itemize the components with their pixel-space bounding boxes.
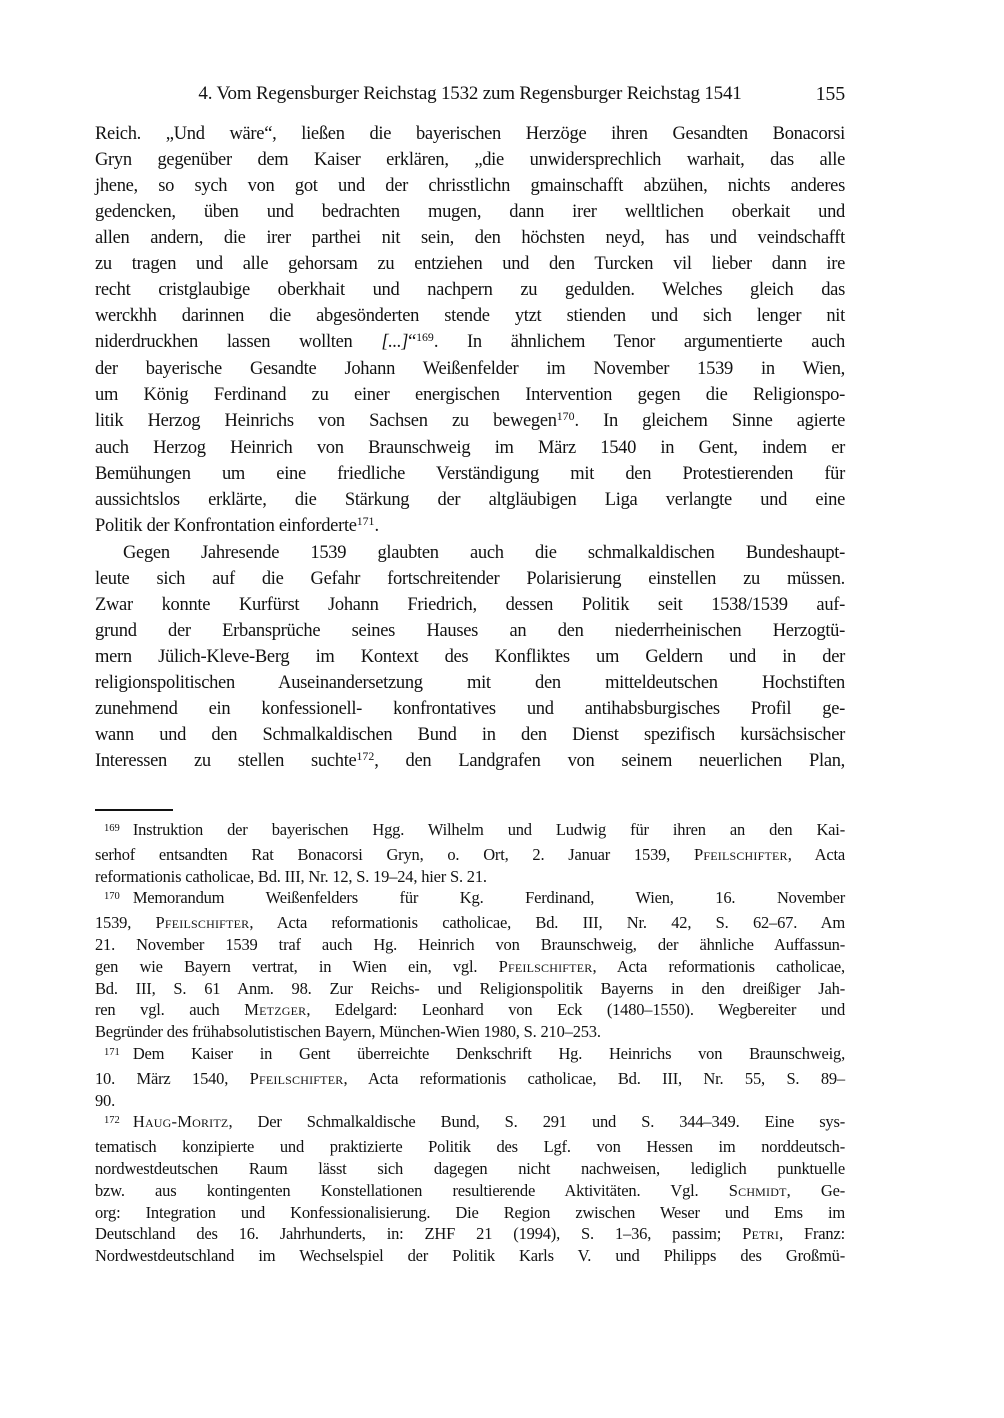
footnote-ref: 171 [357, 514, 375, 528]
footnote-line: serhof entsandten Rat Bonacorsi Gryn, o.… [95, 844, 845, 866]
text-segment: grund der Erbansprüche seines Hauses an … [95, 621, 845, 641]
footnote-line: 21. November 1539 traf auch Hg. Heinrich… [95, 934, 845, 956]
text-segment: , den Landgrafen von seinem neuerlichen … [374, 751, 845, 771]
body-line: um König Ferdinand zu einer energischen … [95, 382, 845, 408]
body-line: Reich. „Und wäre“, ließen die bayerische… [95, 121, 845, 147]
body-line: grund der Erbansprüche seines Hauses an … [95, 618, 845, 644]
text-segment: , Der Schmalkaldische Bund, S. 291 und S… [228, 1112, 845, 1131]
text-segment: Bemühungen um eine friedliche Verständig… [95, 464, 845, 484]
body-line: zu tragen und alle gehorsam zu entziehen… [95, 251, 845, 277]
author-name: Haug-Moritz [133, 1112, 229, 1131]
body-line: zunehmend ein konfessionell- konfrontati… [95, 696, 845, 722]
text-segment: Deutschland des 16. Jahrhunderts, in: ZH… [95, 1224, 742, 1243]
text-segment: nordwestdeutschen Raum lässt sich dagege… [95, 1159, 845, 1178]
footnote-number: 170 [104, 891, 120, 902]
text-segment: , Franz: [779, 1224, 845, 1243]
footnote-ref: 170 [557, 409, 575, 423]
book-page: 4. Vom Regensburger Reichstag 1532 zum R… [0, 0, 1004, 1418]
running-header: 4. Vom Regensburger Reichstag 1532 zum R… [95, 83, 845, 105]
text-segment: allen andern, die irer parthei nit sein,… [95, 228, 845, 248]
footnote-line: 169Instruktion der bayerischen Hgg. Wilh… [95, 819, 845, 844]
footnote-number: 171 [104, 1047, 120, 1058]
footnote-separator [95, 809, 173, 811]
chapter-heading: 4. Vom Regensburger Reichstag 1532 zum R… [95, 83, 845, 105]
text-segment: , Ge- [787, 1181, 845, 1200]
footnote-line: 10. März 1540, Pfeilschifter, Acta refor… [95, 1068, 845, 1090]
body-line: mern Jülich-Kleve-Berg im Kontext des Ko… [95, 644, 845, 670]
author-name: Pfeilschifter [694, 845, 788, 864]
author-name: Pfeilschifter [499, 957, 593, 976]
footnote-171: 171Dem Kaiser in Gent überreichte Denksc… [95, 1043, 845, 1111]
page-number: 155 [816, 83, 845, 105]
text-segment: “ [408, 332, 416, 352]
paragraph-1: Reich. „Und wäre“, ließen die bayerische… [95, 121, 845, 540]
footnote-line: gen wie Bayern vertrat, in Wien ein, vgl… [95, 956, 845, 978]
footnote-ref: 169 [416, 330, 434, 344]
text-segment: Nordwestdeutschland im Wechselspiel der … [95, 1246, 845, 1265]
footnote-line: 172Haug-Moritz, Der Schmalkaldische Bund… [95, 1111, 845, 1136]
text-segment: der bayerische Gesandte Johann Weißenfel… [95, 359, 845, 379]
text-segment: Begründer des frühabsolutistischen Bayer… [95, 1022, 601, 1041]
body-line: Interessen zu stellen suchte172, den Lan… [95, 748, 845, 775]
text-segment: wann und den Schmalkaldischen Bund in de… [95, 725, 845, 745]
footnote-line: 1539, Pfeilschifter, Acta reformationis … [95, 912, 845, 934]
text-segment: recht cristglaubige oberkhait und nachpe… [95, 280, 845, 300]
footnote-number: 169 [104, 823, 120, 834]
text-segment: zu tragen und alle gehorsam zu entziehen… [95, 254, 845, 274]
text-segment: niderdruckhen lassen wollten [95, 332, 381, 352]
text-segment: aussichtslos erklärte, die Stärkung der … [95, 490, 845, 510]
text-segment: 90. [95, 1091, 115, 1110]
footnote-number: 172 [104, 1115, 120, 1126]
footnote-line: Begründer des frühabsolutistischen Bayer… [95, 1021, 845, 1043]
text-segment: Gegen Jahresende 1539 glaubten auch die … [123, 543, 845, 563]
text-segment: Zwar konnte Kurfürst Johann Friedrich, d… [95, 595, 845, 615]
text-segment: , Acta reformationis catholicae, [592, 957, 845, 976]
paragraph-2: Gegen Jahresende 1539 glaubten auch die … [95, 540, 845, 775]
text-segment: , Acta [788, 845, 845, 864]
text-segment: , Acta reformationis catholicae, Bd. III… [343, 1069, 845, 1088]
body-line: gedencken, üben und bedrachten mugen, da… [95, 199, 845, 225]
footnote-170: 170Memorandum Weißenfelders für Kg. Ferd… [95, 887, 845, 1043]
footnote-line: 171Dem Kaiser in Gent überreichte Denksc… [95, 1043, 845, 1068]
text-segment: bzw. aus kontingenten Konstellationen re… [95, 1181, 729, 1200]
text-segment: 21. November 1539 traf auch Hg. Heinrich… [95, 935, 845, 954]
text-segment: . [374, 516, 378, 536]
text-segment: zunehmend ein konfessionell- konfrontati… [95, 699, 845, 719]
text-segment: 10. März 1540, [95, 1069, 250, 1088]
text-segment: , Acta reformationis catholicae, Bd. III… [249, 913, 845, 932]
body-line: Gryn gegenüber dem Kaiser erklären, „die… [95, 147, 845, 173]
footnote-line: Deutschland des 16. Jahrhunderts, in: ZH… [95, 1223, 845, 1245]
text-segment: org: Integration und Konfessionalisierun… [95, 1203, 845, 1222]
text-segment: Dem Kaiser in Gent überreichte Denkschri… [133, 1044, 845, 1063]
body-line: niderdruckhen lassen wollten [...]“169. … [95, 329, 845, 356]
footnote-line: org: Integration und Konfessionalisierun… [95, 1202, 845, 1224]
body-line: Gegen Jahresende 1539 glaubten auch die … [95, 540, 845, 566]
text-segment: Instruktion der bayerischen Hgg. Wilhelm… [133, 820, 845, 839]
body-line: aussichtslos erklärte, die Stärkung der … [95, 487, 845, 513]
body-line: Bemühungen um eine friedliche Verständig… [95, 461, 845, 487]
text-segment: religionspolitischen Auseinandersetzung … [95, 673, 845, 693]
body-line: Zwar konnte Kurfürst Johann Friedrich, d… [95, 592, 845, 618]
footnote-169: 169Instruktion der bayerischen Hgg. Wilh… [95, 819, 845, 887]
footnote-line: Bd. III, S. 61 Anm. 98. Zur Reichs- und … [95, 978, 845, 1000]
footnote-line: tematisch konzipierte und praktizierte P… [95, 1136, 845, 1158]
text-segment: . In gleichem Sinne agierte [574, 411, 845, 431]
text-segment: Memorandum Weißenfelders für Kg. Ferdina… [133, 888, 845, 907]
text-segment: gen wie Bayern vertrat, in Wien ein, vgl… [95, 957, 499, 976]
text-segment: jhene, so sych von got und der chrisstli… [95, 176, 845, 196]
text-segment: serhof entsandten Rat Bonacorsi Gryn, o.… [95, 845, 694, 864]
footnote-line: Nordwestdeutschland im Wechselspiel der … [95, 1245, 845, 1267]
footnote-line: 170Memorandum Weißenfelders für Kg. Ferd… [95, 887, 845, 912]
text-segment: Bd. III, S. 61 Anm. 98. Zur Reichs- und … [95, 979, 845, 998]
author-name: Schmidt [729, 1181, 787, 1200]
text-segment: um König Ferdinand zu einer energischen … [95, 385, 845, 405]
text-segment: . In ähnlichem Tenor argumentierte auch [434, 332, 845, 352]
text-segment: werckhh darinnen die abgesönderten stend… [95, 306, 845, 326]
text-segment: mern Jülich-Kleve-Berg im Kontext des Ko… [95, 647, 845, 667]
text-segment: reformationis catholicae, Bd. III, Nr. 1… [95, 867, 487, 886]
author-name: Pfeilschifter [250, 1069, 344, 1088]
footnotes: 169Instruktion der bayerischen Hgg. Wilh… [95, 819, 845, 1267]
body-line: leute sich auf die Gefahr fortschreitend… [95, 566, 845, 592]
footnote-line: nordwestdeutschen Raum lässt sich dagege… [95, 1158, 845, 1180]
footnote-172: 172Haug-Moritz, Der Schmalkaldische Bund… [95, 1111, 845, 1267]
author-name: Pfeilschifter [156, 913, 250, 932]
body-line: wann und den Schmalkaldischen Bund in de… [95, 722, 845, 748]
text-segment: Gryn gegenüber dem Kaiser erklären, „die… [95, 150, 845, 170]
body-line: litik Herzog Heinrichs von Sachsen zu be… [95, 408, 845, 435]
footnote-ref: 172 [356, 749, 374, 763]
body-line: werckhh darinnen die abgesönderten stend… [95, 303, 845, 329]
text-segment: , Edelgard: Leonhard von Eck (1480–1550)… [306, 1000, 845, 1019]
body-line: jhene, so sych von got und der chrisstli… [95, 173, 845, 199]
text-segment: Reich. „Und wäre“, ließen die bayerische… [95, 124, 845, 144]
text-segment: gedencken, üben und bedrachten mugen, da… [95, 202, 845, 222]
footnote-line: 90. [95, 1090, 845, 1112]
italic-text: [...] [381, 332, 408, 352]
text-segment: Politik der Konfrontation einforderte [95, 516, 357, 536]
text-segment: leute sich auf die Gefahr fortschreitend… [95, 569, 845, 589]
body-line: allen andern, die irer parthei nit sein,… [95, 225, 845, 251]
author-name: Petri [742, 1224, 779, 1243]
body-text: Reich. „Und wäre“, ließen die bayerische… [95, 121, 845, 775]
body-line: Politik der Konfrontation einforderte171… [95, 513, 845, 540]
text-segment: Interessen zu stellen suchte [95, 751, 356, 771]
author-name: Metzger [244, 1000, 306, 1019]
body-line: recht cristglaubige oberkhait und nachpe… [95, 277, 845, 303]
footnote-line: reformationis catholicae, Bd. III, Nr. 1… [95, 866, 845, 888]
text-segment: tematisch konzipierte und praktizierte P… [95, 1137, 845, 1156]
body-line: auch Herzog Heinrich von Braunschweig im… [95, 435, 845, 461]
footnote-line: ren vgl. auch Metzger, Edelgard: Leonhar… [95, 999, 845, 1021]
body-line: religionspolitischen Auseinandersetzung … [95, 670, 845, 696]
footnote-line: bzw. aus kontingenten Konstellationen re… [95, 1180, 845, 1202]
text-segment: auch Herzog Heinrich von Braunschweig im… [95, 438, 845, 458]
text-segment: litik Herzog Heinrichs von Sachsen zu be… [95, 411, 557, 431]
text-segment: 1539, [95, 913, 156, 932]
body-line: der bayerische Gesandte Johann Weißenfel… [95, 356, 845, 382]
text-segment: ren vgl. auch [95, 1000, 244, 1019]
